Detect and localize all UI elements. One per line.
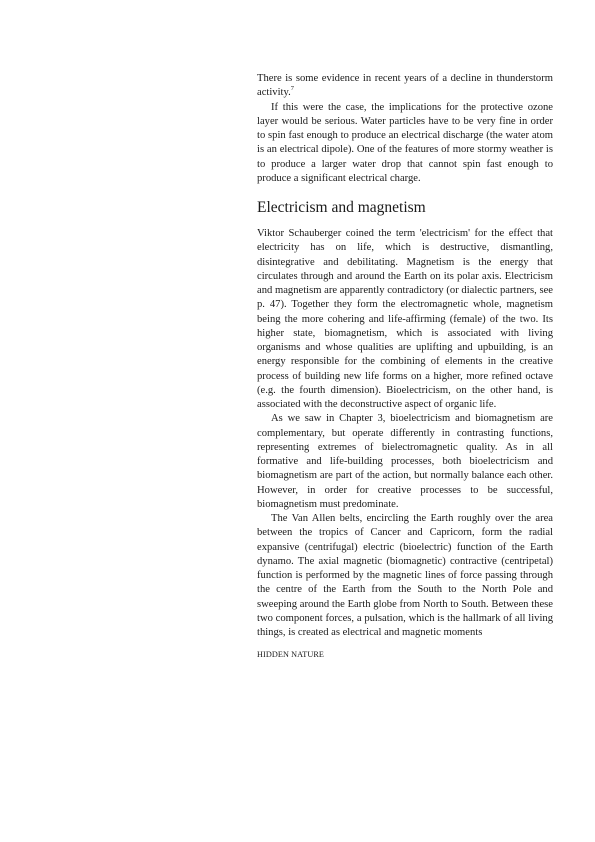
section-paragraph-1: Viktor Schauberger coined the term 'elec… [257,227,553,412]
intro-paragraph-2: If this were the case, the implications … [257,101,553,187]
page-body: There is some evidence in recent years o… [257,72,553,640]
paragraph-text: There is some evidence in recent years o… [257,73,553,98]
running-footer: HIDDEN NATURE [257,650,324,659]
section-paragraph-3: The Van Allen belts, encircling the Eart… [257,512,553,640]
intro-paragraph-1: There is some evidence in recent years o… [257,72,553,101]
section-paragraph-2: As we saw in Chapter 3, bioelectricism a… [257,412,553,512]
section-heading: Electricism and magnetism [257,198,553,218]
footnote-marker[interactable]: 7 [291,85,294,92]
